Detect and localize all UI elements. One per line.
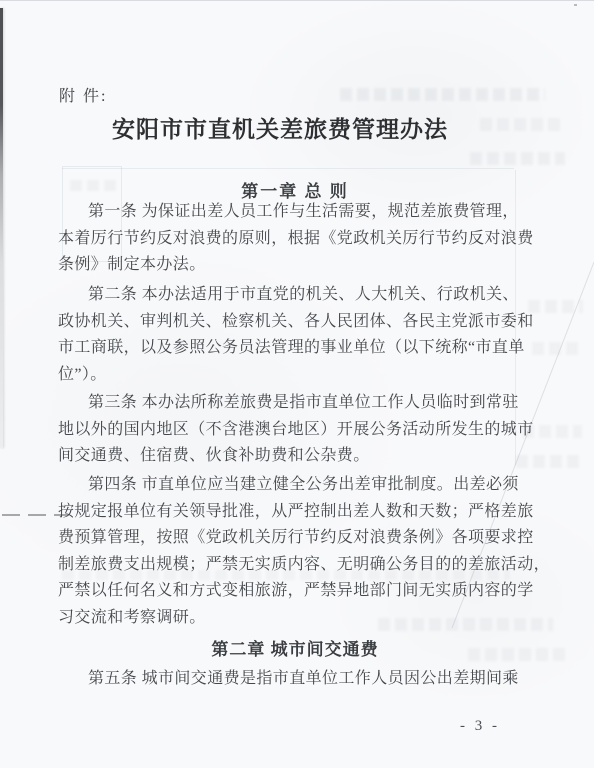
chapter-2-heading: 第二章 城市间交通费 xyxy=(15,635,575,660)
text-line: 条例》制定本办法。 xyxy=(58,252,516,279)
scan-left-edge-artifact xyxy=(0,8,3,448)
text-line: 本着厉行节约反对浪费的原则，根据《党政机关厉行节约反对浪费 xyxy=(58,226,516,253)
text-line: 制差旅费支出规模；严禁无实质内容、无明确公务目的的差旅活动， xyxy=(58,552,516,579)
article-1: 第一条 为保证出差人员工作与生活需要，规范差旅费管理， 本着厉行节约反对浪费的原… xyxy=(58,199,516,279)
text-line: 费预算管理，按照《党政机关厉行节约反对浪费条例》各项要求控 xyxy=(58,525,516,552)
attachment-label: 附 件: xyxy=(59,83,107,106)
text-line: 严禁以任何名义和方式变相旅游，严禁异地部门间无实质内容的学 xyxy=(58,578,516,605)
text-line: 位”）。 xyxy=(58,362,516,389)
scan-speck xyxy=(574,4,577,6)
text-line: 第二条 本办法适用于市直党的机关、人大机关、行政机关、 xyxy=(58,282,516,309)
text-line: 第三条 本办法所称差旅费是指市直单位工作人员临时到常驻 xyxy=(58,390,516,417)
text-line: 间交通费、住宿费、伙食补助费和公杂费。 xyxy=(58,443,516,470)
text-line: 按规定报单位有关领导批准，从严控制出差人数和天数；严格差旅 xyxy=(58,499,516,526)
text-line: 政协机关、审判机关、检察机关、各人民团体、各民主党派市委和 xyxy=(58,309,516,336)
article-2: 第二条 本办法适用于市直党的机关、人大机关、行政机关、 政协机关、审判机关、检察… xyxy=(58,282,516,388)
text-line: 第五条 城市间交通费是指市直单位工作人员因公出差期间乘 xyxy=(58,666,516,693)
bleed-through-text xyxy=(470,152,565,165)
text-line: 习交流和考察调研。 xyxy=(58,605,516,632)
article-5: 第五条 城市间交通费是指市直单位工作人员因公出差期间乘 xyxy=(58,666,516,693)
text-line: 第一条 为保证出差人员工作与生活需要，规范差旅费管理， xyxy=(58,199,516,226)
bleed-through-text xyxy=(340,88,545,101)
scan-top-edge xyxy=(0,0,594,1)
document-title: 安阳市市直机关差旅费管理办法 xyxy=(10,111,550,144)
bleed-through-text xyxy=(532,342,582,355)
bleed-through-table-line xyxy=(62,168,514,169)
article-4: 第四条 市直单位应当建立健全公务出差审批制度。出差必须 按规定报单位有关领导批准… xyxy=(58,472,516,631)
text-line: 市工商联，以及参照公务员法管理的事业单位（以下统称“市直单 xyxy=(58,335,516,362)
bleed-through-text xyxy=(528,300,583,313)
text-line: 第四条 市直单位应当建立健全公务出差审批制度。出差必须 xyxy=(58,472,516,499)
article-3: 第三条 本办法所称差旅费是指市直单位工作人员临时到常驻 地以外的国内地区（不含港… xyxy=(58,390,516,470)
bleed-through-text xyxy=(516,455,582,468)
scanned-document-page: 附 件: 安阳市市直机关差旅费管理办法 第一章 总 则 第一条 为保证出差人员工… xyxy=(0,0,594,768)
text-line: 地以外的国内地区（不含港澳台地区）开展公务活动所发生的城市 xyxy=(58,417,516,444)
page-number: - 3 - xyxy=(460,718,500,735)
